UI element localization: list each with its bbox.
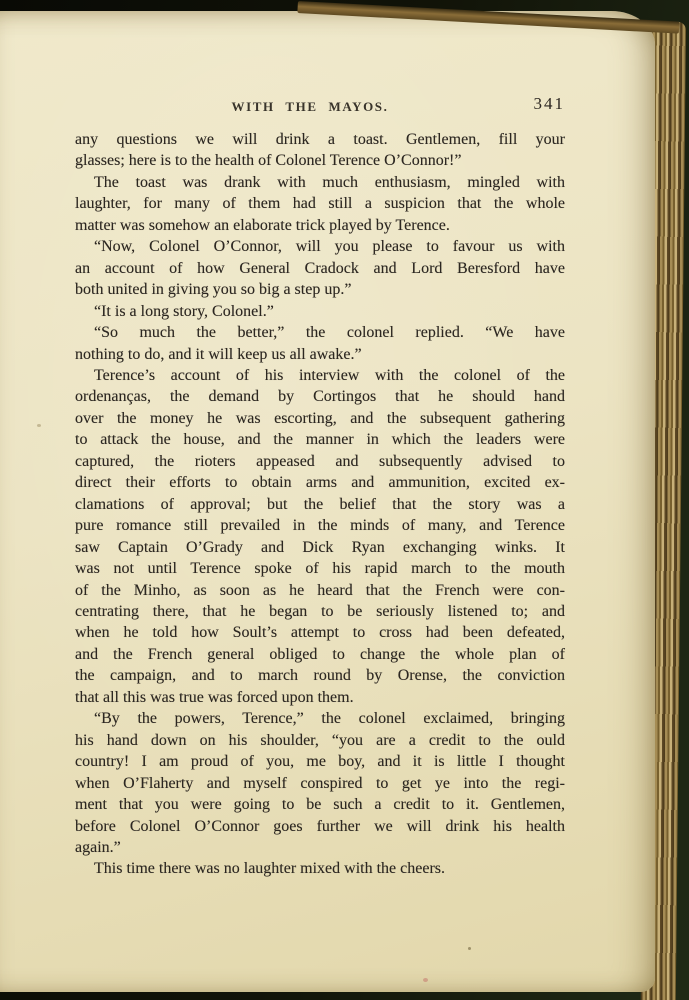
text-line: “So much the better,” the colonel replie… [75,322,565,343]
text-line: ordenanças, the demand by Cortingos that… [75,386,565,407]
text-line: “It is a long story, Colonel.” [75,301,565,322]
text-line: both united in giving you so big a step … [75,279,565,300]
text-line: direct their efforts to obtain arms and … [75,472,565,493]
book-page: WITH THE MAYOS. 341 any questions we wil… [0,11,655,992]
text-line: captured, the rioters appeased and subse… [75,451,565,472]
text-line: any questions we will drink a toast. Gen… [75,129,565,150]
paper-speck [468,947,471,950]
text-line: when he told how Soult’s attempt to cros… [75,622,565,643]
text-line: to attack the house, and the manner in w… [75,429,565,450]
text-line: the campaign, and to march round by Oren… [75,665,565,686]
text-line: saw Captain O’Grady and Dick Ryan exchan… [75,537,565,558]
text-line: again.” [75,837,565,858]
text-line: The toast was drank with much enthusiasm… [75,172,565,193]
page-header: WITH THE MAYOS. 341 [75,96,565,120]
text-line: pure romance still prevailed in the mind… [75,515,565,536]
text-line: nothing to do, and it will keep us all a… [75,344,565,365]
text-line: his hand down on his shoulder, “you are … [75,730,565,751]
text-line: “By the powers, Terence,” the colonel ex… [75,708,565,729]
text-line: “Now, Colonel O’Connor, will you please … [75,236,565,257]
text-line: that all this was true was forced upon t… [75,687,565,708]
text-line: before Colonel O’Connor goes further we … [75,816,565,837]
text-line: an account of how General Cradock and Lo… [75,258,565,279]
text-line: of the Minho, as soon as he heard that t… [75,580,565,601]
paper-speck [423,978,428,982]
running-title: WITH THE MAYOS. [65,99,555,115]
text-line: matter was somehow an elaborate trick pl… [75,215,565,236]
page-text: any questions we will drink a toast. Gen… [75,129,565,880]
text-line: was not until Terence spoke of his rapid… [75,558,565,579]
text-line: clamations of approval; but the belief t… [75,494,565,515]
book-scan-photo: WITH THE MAYOS. 341 any questions we wil… [0,0,689,1000]
text-line: laughter, for many of them had still a s… [75,193,565,214]
text-line: when O’Flaherty and myself conspired to … [75,773,565,794]
text-line: centrating there, that he began to be se… [75,601,565,622]
text-line: ment that you were going to be such a cr… [75,794,565,815]
text-line: Terence’s account of his interview with … [75,365,565,386]
text-line: This time there was no laughter mixed wi… [75,858,565,879]
text-line: glasses; here is to the health of Colone… [75,150,565,171]
page-number: 341 [534,94,566,114]
text-line: country! I am proud of you, me boy, and … [75,751,565,772]
text-line: and the French general obliged to change… [75,644,565,665]
text-line: over the money he was escorting, and the… [75,408,565,429]
paper-speck [37,424,41,427]
